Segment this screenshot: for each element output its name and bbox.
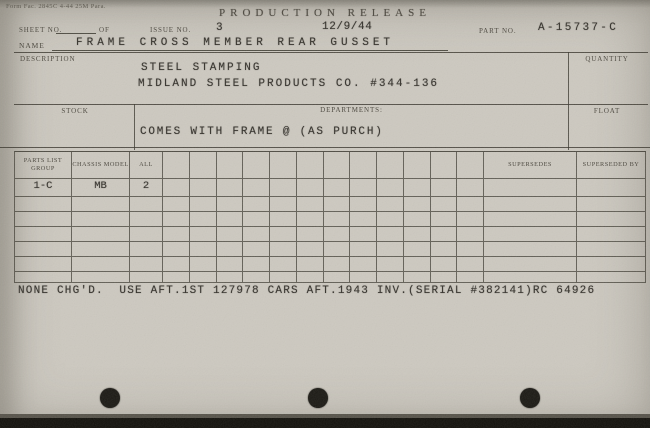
empty-cell bbox=[404, 272, 431, 283]
empty-cell bbox=[270, 242, 297, 257]
departments-label: DEPARTMENTS: bbox=[135, 106, 568, 114]
empty-cell bbox=[457, 212, 484, 227]
empty-cell bbox=[217, 272, 244, 283]
empty-cell bbox=[431, 272, 458, 283]
empty-cell bbox=[457, 272, 484, 283]
col-header-blank bbox=[431, 152, 458, 179]
empty-cell bbox=[190, 179, 217, 197]
empty-cell bbox=[431, 179, 458, 197]
empty-cell bbox=[404, 212, 431, 227]
col-header-blank bbox=[243, 152, 270, 179]
float-label: FLOAT bbox=[568, 107, 646, 115]
empty-cell bbox=[297, 179, 324, 197]
empty-cell bbox=[217, 212, 244, 227]
empty-cell bbox=[297, 257, 324, 272]
empty-cell bbox=[243, 212, 270, 227]
empty-cell bbox=[297, 197, 324, 212]
empty-cell bbox=[377, 227, 404, 242]
empty-cell bbox=[377, 272, 404, 283]
empty-cell bbox=[163, 212, 190, 227]
issue-no-value: 3 bbox=[216, 22, 223, 34]
col-header-blank bbox=[270, 152, 297, 179]
name-value: FRAME CROSS MEMBER REAR GUSSET bbox=[76, 37, 394, 49]
empty-cell bbox=[15, 242, 72, 257]
empty-cell bbox=[270, 197, 297, 212]
col-header-blank bbox=[377, 152, 404, 179]
empty-cell bbox=[163, 197, 190, 212]
empty-cell bbox=[577, 227, 646, 242]
empty-cell bbox=[577, 242, 646, 257]
col-header-chassis-model: CHASSIS MODEL bbox=[72, 152, 130, 179]
form-title: PRODUCTION RELEASE bbox=[0, 7, 650, 19]
empty-cell bbox=[324, 212, 351, 227]
empty-cell bbox=[15, 272, 72, 283]
empty-cell bbox=[350, 179, 377, 197]
empty-cell bbox=[72, 257, 130, 272]
empty-cell bbox=[457, 227, 484, 242]
issue-no-label: ISSUE NO. bbox=[150, 26, 191, 34]
date-value: 12/9/44 bbox=[322, 21, 372, 33]
empty-cell bbox=[377, 212, 404, 227]
empty-cell bbox=[270, 272, 297, 283]
empty-cell bbox=[217, 257, 244, 272]
empty-cell bbox=[404, 197, 431, 212]
empty-cell bbox=[431, 227, 458, 242]
part-no-label: PART NO. bbox=[479, 27, 517, 35]
col-header-blank bbox=[297, 152, 324, 179]
empty-cell bbox=[163, 227, 190, 242]
empty-cell bbox=[130, 257, 163, 272]
stock-label: STOCK bbox=[15, 107, 135, 115]
empty-cell bbox=[15, 257, 72, 272]
empty-cell bbox=[431, 242, 458, 257]
empty-cell bbox=[577, 257, 646, 272]
col-header-blank bbox=[404, 152, 431, 179]
empty-cell bbox=[15, 197, 72, 212]
empty-cell bbox=[217, 197, 244, 212]
empty-cell bbox=[377, 179, 404, 197]
empty-cell bbox=[190, 272, 217, 283]
empty-cell bbox=[270, 257, 297, 272]
empty-cell bbox=[431, 257, 458, 272]
empty-cell bbox=[15, 212, 72, 227]
of-label: OF bbox=[99, 26, 110, 34]
punch-hole bbox=[100, 388, 120, 408]
punch-hole bbox=[308, 388, 328, 408]
empty-cell bbox=[15, 227, 72, 242]
empty-cell bbox=[243, 242, 270, 257]
empty-cell bbox=[457, 179, 484, 197]
col-header-blank bbox=[457, 152, 484, 179]
empty-cell bbox=[350, 212, 377, 227]
col-header-blank bbox=[163, 152, 190, 179]
empty-cell bbox=[350, 242, 377, 257]
col-header-blank bbox=[217, 152, 244, 179]
empty-cell bbox=[484, 272, 577, 283]
scanned-production-release-card: Form Fac. 2845C 4-44 25M Para. PRODUCTIO… bbox=[0, 0, 650, 428]
col-header-supersedes: SUPERSEDES bbox=[484, 152, 577, 179]
cell-all-value: 2 bbox=[130, 179, 163, 197]
empty-cell bbox=[457, 257, 484, 272]
empty-cell bbox=[190, 242, 217, 257]
empty-cell bbox=[404, 227, 431, 242]
empty-cell bbox=[190, 197, 217, 212]
quantity-column-divider bbox=[568, 52, 569, 150]
empty-cell bbox=[431, 212, 458, 227]
empty-cell bbox=[190, 227, 217, 242]
empty-cell bbox=[163, 257, 190, 272]
empty-cell bbox=[457, 242, 484, 257]
empty-cell bbox=[297, 272, 324, 283]
empty-cell bbox=[163, 242, 190, 257]
punch-hole bbox=[520, 388, 540, 408]
empty-cell bbox=[484, 257, 577, 272]
empty-cell bbox=[297, 242, 324, 257]
parts-list-table: PARTS LIST GROUP CHASSIS MODEL ALL SUPER… bbox=[14, 151, 646, 283]
empty-cell bbox=[377, 197, 404, 212]
empty-cell bbox=[72, 242, 130, 257]
empty-cell bbox=[270, 179, 297, 197]
col-header-parts-list-group: PARTS LIST GROUP bbox=[15, 152, 72, 179]
empty-cell bbox=[324, 227, 351, 242]
empty-cell bbox=[350, 257, 377, 272]
quantity-label: QUANTITY bbox=[568, 55, 646, 63]
empty-cell bbox=[270, 212, 297, 227]
empty-cell bbox=[217, 242, 244, 257]
empty-cell bbox=[350, 227, 377, 242]
empty-cell bbox=[457, 197, 484, 212]
empty-cell bbox=[72, 272, 130, 283]
empty-cell bbox=[484, 227, 577, 242]
footer-note: NONE CHG'D. USE AFT.1ST 127978 CARS AFT.… bbox=[18, 285, 595, 297]
empty-cell bbox=[130, 212, 163, 227]
empty-cell bbox=[243, 179, 270, 197]
cell-chassis-model-value: MB bbox=[72, 179, 130, 197]
col-header-superseded-by: SUPERSEDED BY bbox=[577, 152, 646, 179]
empty-cell bbox=[163, 179, 190, 197]
empty-cell bbox=[577, 272, 646, 283]
empty-cell bbox=[297, 227, 324, 242]
empty-cell bbox=[377, 242, 404, 257]
empty-cell bbox=[130, 197, 163, 212]
empty-cell bbox=[484, 212, 577, 227]
empty-cell bbox=[324, 197, 351, 212]
empty-cell bbox=[72, 212, 130, 227]
empty-cell bbox=[190, 212, 217, 227]
empty-cell bbox=[324, 179, 351, 197]
empty-cell bbox=[377, 257, 404, 272]
empty-cell bbox=[243, 272, 270, 283]
cell-parts-list-group-value: 1-C bbox=[15, 179, 72, 197]
empty-cell bbox=[270, 227, 297, 242]
empty-cell bbox=[72, 227, 130, 242]
empty-cell bbox=[297, 212, 324, 227]
description-line-2: MIDLAND STEEL PRODUCTS CO. #344-136 bbox=[138, 78, 439, 90]
empty-cell bbox=[324, 257, 351, 272]
empty-cell bbox=[350, 197, 377, 212]
empty-cell bbox=[324, 272, 351, 283]
empty-cell bbox=[217, 227, 244, 242]
empty-cell bbox=[431, 197, 458, 212]
empty-cell bbox=[484, 197, 577, 212]
empty-cell bbox=[130, 242, 163, 257]
empty-cell bbox=[577, 212, 646, 227]
empty-cell bbox=[217, 179, 244, 197]
empty-cell bbox=[243, 197, 270, 212]
empty-cell bbox=[243, 227, 270, 242]
bottom-scan-band bbox=[0, 418, 650, 428]
empty-cell bbox=[72, 197, 130, 212]
col-header-all: ALL bbox=[130, 152, 163, 179]
empty-cell bbox=[404, 242, 431, 257]
empty-cell bbox=[484, 242, 577, 257]
table-top-rule bbox=[0, 147, 650, 148]
sheet-no-underline bbox=[56, 24, 96, 34]
section-divider bbox=[14, 52, 648, 53]
part-no-value: A-15737-C bbox=[538, 22, 618, 34]
empty-cell bbox=[577, 179, 646, 197]
col-header-blank bbox=[350, 152, 377, 179]
name-label: NAME bbox=[19, 41, 45, 50]
empty-cell bbox=[577, 197, 646, 212]
empty-cell bbox=[130, 227, 163, 242]
empty-cell bbox=[243, 257, 270, 272]
empty-cell bbox=[404, 257, 431, 272]
empty-cell bbox=[190, 257, 217, 272]
description-line-1: STEEL STAMPING bbox=[141, 62, 261, 74]
departments-value: COMES WITH FRAME @ (AS PURCH) bbox=[140, 126, 384, 138]
empty-cell bbox=[484, 179, 577, 197]
col-header-blank bbox=[190, 152, 217, 179]
empty-cell bbox=[163, 272, 190, 283]
description-label: DESCRIPTION bbox=[20, 55, 75, 63]
empty-cell bbox=[324, 242, 351, 257]
empty-cell bbox=[130, 272, 163, 283]
empty-cell bbox=[350, 272, 377, 283]
col-header-blank bbox=[324, 152, 351, 179]
empty-cell bbox=[404, 179, 431, 197]
